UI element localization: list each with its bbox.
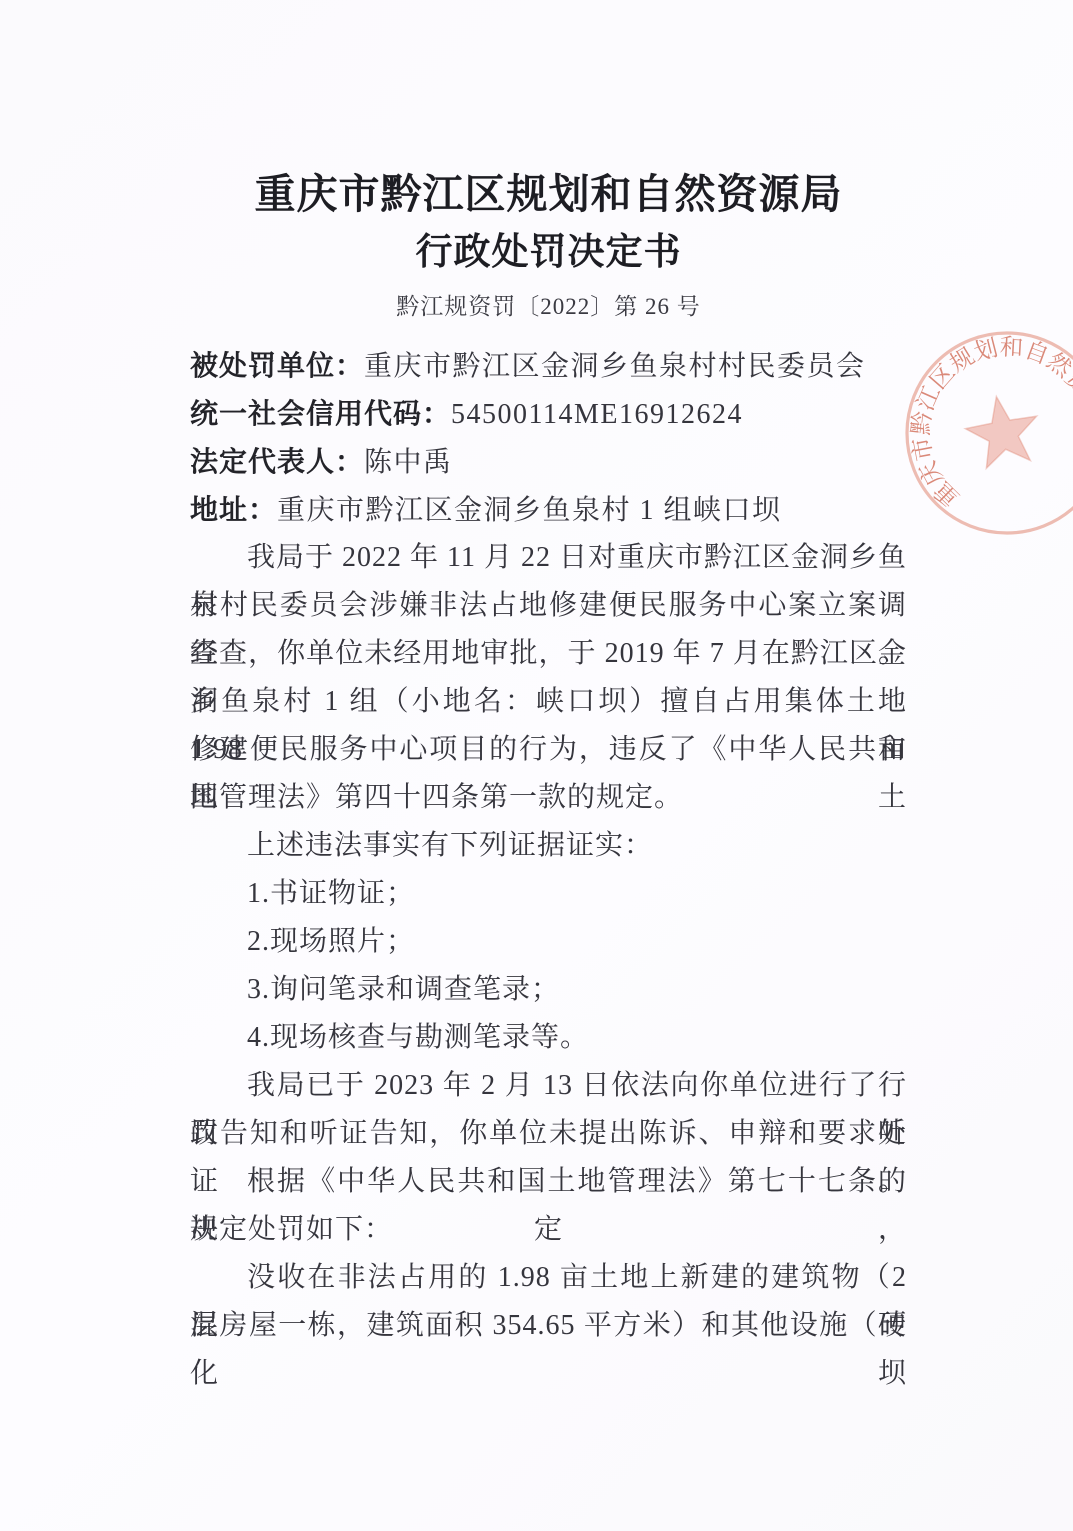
doc-title-line2: 行政处罚决定书	[190, 230, 907, 276]
body-text-line: 我局已于 2023 年 2 月 13 日依法向你单位进行了行政处	[190, 1062, 907, 1110]
body-text-line: 罚告知和听证告知，你单位未提出陈诉、申辩和要求听证。	[190, 1110, 907, 1158]
doc-title-line1: 重庆市黔江区规划和自然资源局	[190, 168, 907, 220]
party-info-row: 法定代表人：陈中禹	[190, 438, 907, 486]
body-text-line: 经查，你单位未经用地审批，于 2019 年 7 月在黔江区金洞	[190, 630, 907, 678]
body-text-line: 修建便民服务中心项目的行为，违反了《中华人民共和国土	[190, 726, 907, 774]
document-page: 重庆市黔江区规划和自然资源局 行政处罚决定书 黔江规资罚〔2022〕第 26 号…	[0, 0, 1073, 1531]
field-value: 54500114ME16912624	[451, 399, 743, 430]
party-info-row: 统一社会信用代码：54500114ME16912624	[190, 390, 907, 438]
doc-number: 黔江规资罚〔2022〕第 26 号	[190, 292, 907, 322]
body-text-line: 根据《中华人民共和国土地管理法》第七十七条的规定，	[190, 1158, 907, 1206]
field-label: 统一社会信用代码：	[190, 398, 451, 429]
party-info: 被处罚单位：重庆市黔江区金洞乡鱼泉村村民委员会 统一社会信用代码：5450011…	[190, 342, 907, 534]
body-text-line: 上述违法事实有下列证据证实：	[190, 822, 907, 870]
body-text-line: 2.现场照片；	[190, 918, 907, 966]
svg-text:重庆市黔江区规划和自然资源局: 重庆市黔江区规划和自然资源局	[907, 334, 1073, 512]
body-text-line: 混房屋一栋，建筑面积 354.65 平方米）和其他设施（硬化坝	[190, 1302, 907, 1350]
field-label: 被处罚单位：	[190, 350, 364, 381]
party-info-row: 被处罚单位：重庆市黔江区金洞乡鱼泉村村民委员会	[190, 342, 907, 390]
party-info-row: 地址：重庆市黔江区金洞乡鱼泉村 1 组峡口坝	[190, 486, 907, 534]
body-text: 我局于 2022 年 11 月 22 日对重庆市黔江区金洞乡鱼泉 村村民委员会涉…	[190, 534, 907, 1350]
body-text-line: 没收在非法占用的 1.98 亩土地上新建的建筑物（2 层砖	[190, 1254, 907, 1302]
star-icon	[965, 397, 1036, 469]
field-label: 地址：	[190, 494, 277, 525]
document-content: 重庆市黔江区规划和自然资源局 行政处罚决定书 黔江规资罚〔2022〕第 26 号…	[0, 0, 1073, 1350]
field-value: 重庆市黔江区金洞乡鱼泉村村民委员会	[364, 351, 866, 382]
body-text-line: 我局于 2022 年 11 月 22 日对重庆市黔江区金洞乡鱼泉	[190, 534, 907, 582]
seal-text: 重庆市黔江区规划和自然资源局	[907, 334, 1073, 512]
body-text-line: 4.现场核查与勘测笔录等。	[190, 1014, 907, 1062]
field-label: 法定代表人：	[190, 446, 364, 477]
field-value: 陈中禹	[364, 447, 453, 478]
body-text-line: 乡鱼泉村 1 组（小地名：峡口坝）擅自占用集体土地 1.98 亩	[190, 678, 907, 726]
field-value: 重庆市黔江区金洞乡鱼泉村 1 组峡口坝	[277, 495, 782, 526]
body-text-line: 1.书证物证；	[190, 870, 907, 918]
body-text-line: 村村民委员会涉嫌非法占地修建便民服务中心案立案调查。	[190, 582, 907, 630]
body-text-line: 3.询问笔录和调查笔录；	[190, 966, 907, 1014]
official-seal-stamp: 重庆市黔江区规划和自然资源局	[890, 318, 1073, 558]
